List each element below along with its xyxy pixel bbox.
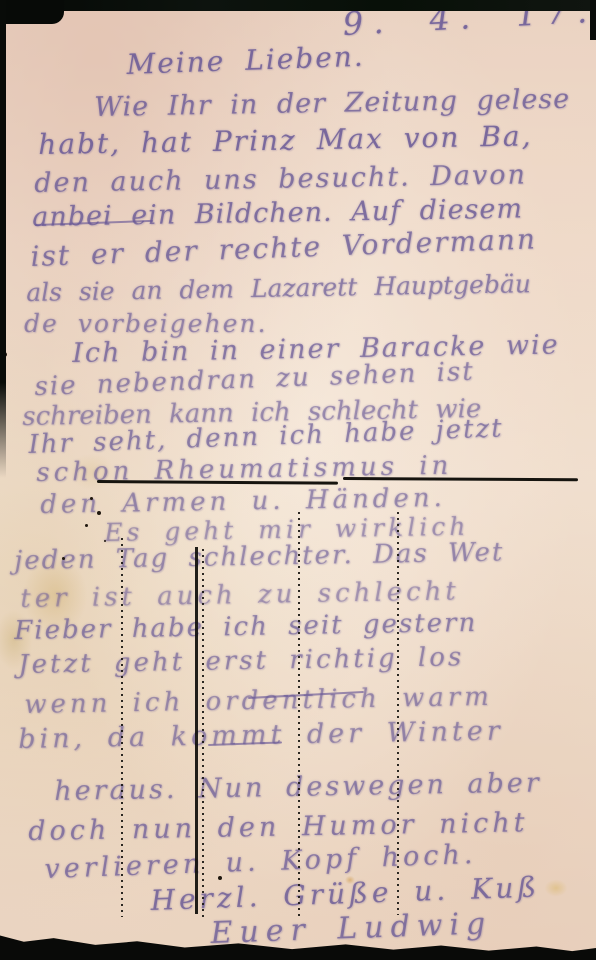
vertical-rule-solid xyxy=(195,547,198,914)
dark-speck xyxy=(90,497,93,500)
dark-speck xyxy=(104,540,106,542)
handwriting-line: bin, da kommt der Winter xyxy=(18,718,504,755)
vertical-rule-dotted xyxy=(121,538,123,917)
dark-speck xyxy=(218,876,222,880)
handwriting-line: Meine Lieben. xyxy=(126,42,365,80)
handwriting-line: Wie Ihr in der Zeitung gelese xyxy=(94,86,570,123)
handwriting-line: de vorbeigehen. xyxy=(24,311,267,337)
handwriting-line: habt, hat Prinz Max von Ba, xyxy=(38,121,533,159)
paper-stain xyxy=(540,876,572,900)
photo-edge-top xyxy=(0,0,596,11)
handwriting-line: jeden Tag schlechter. Das Wet xyxy=(14,539,505,575)
photo-edge-right-top xyxy=(590,0,596,40)
handwriting-line: den auch uns besucht. Davon xyxy=(34,161,527,198)
dark-speck xyxy=(97,511,101,515)
handwriting-line: als sie an dem Lazarett Hauptgebäu xyxy=(26,271,531,306)
photo-edge-left xyxy=(0,0,6,478)
photo-edge-top-left-blob xyxy=(0,0,64,24)
vertical-rule-dotted xyxy=(298,512,300,917)
dark-speck xyxy=(85,524,88,527)
postcard-photo: 9. 4. 17.Meine Lieben.Wie Ihr in der Zei… xyxy=(0,0,596,960)
dark-speck xyxy=(62,557,65,560)
handwriting-line: ter ist auch zu schlecht xyxy=(20,578,460,613)
vertical-rule-dotted xyxy=(202,549,204,917)
handwriting-line: wenn ich ordentlich warm xyxy=(24,684,493,719)
handwriting-line: Fieber habe ich seit gestern xyxy=(14,610,477,645)
handwriting-line: Euer Ludwig xyxy=(210,908,493,949)
vertical-rule-dotted xyxy=(397,512,399,915)
